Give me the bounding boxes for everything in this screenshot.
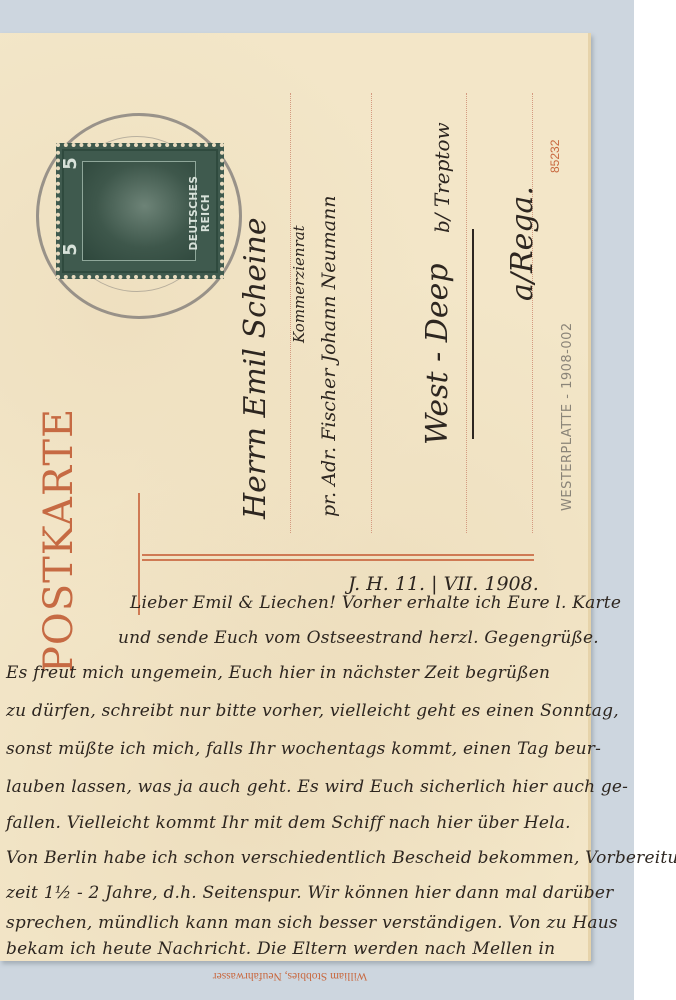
message-line: fallen. Vielleicht kommt Ihr mit dem Sch…	[6, 813, 571, 833]
message-line: Von Berlin habe ich schon verschiedentli…	[6, 848, 676, 868]
message-line: lauben lassen, was ja auch geht. Es wird…	[6, 777, 628, 797]
divider-horizontal-top	[142, 554, 534, 556]
message-line: Es freut mich ungemein, Euch hier in näc…	[6, 663, 550, 683]
address-town-underline	[472, 229, 474, 439]
address-line-2	[371, 93, 372, 533]
stamp-country: DEUTSCHES REICH	[188, 157, 212, 269]
publisher-imprint: William Stobbies, Neufahrwasser	[170, 970, 410, 982]
address-recipient: Herrn Emil Scheine	[238, 217, 273, 519]
postcard: 5 5 DEUTSCHES REICH 85232 POSTKARTE Will…	[0, 33, 591, 961]
address-line-3	[466, 93, 467, 533]
divider-horizontal-bottom	[142, 559, 534, 561]
germania-portrait-icon	[82, 161, 196, 261]
address-town-suffix: b/ Treptow	[430, 122, 454, 233]
address-line-4	[532, 93, 533, 533]
message-line: sprechen, mündlich kann man sich besser …	[6, 913, 618, 933]
address-recipient-title: Kommerzienrat	[290, 225, 308, 343]
stamp-value-top: 5	[60, 157, 81, 170]
card-edge	[588, 33, 591, 961]
stamp-country-area: DEUTSCHES REICH	[198, 147, 220, 275]
address-region: a/Rega.	[505, 186, 540, 301]
message-line: sonst müßte ich mich, falls Ihr wochenta…	[6, 739, 601, 759]
message-line: und sende Euch vom Ostseestrand herzl. G…	[118, 628, 599, 648]
message-line: bekam ich heute Nachricht. Die Eltern we…	[6, 939, 555, 959]
address-care-of: pr. Adr. Fischer Johann Neumann	[318, 195, 340, 517]
message-line: zeit 1½ - 2 Jahre, d.h. Seitenspur. Wir …	[6, 883, 613, 903]
postage-stamp: 5 5 DEUTSCHES REICH	[56, 143, 224, 279]
publisher-number: 85232	[548, 140, 562, 173]
pencil-annotation: WESTERPLATTE - 1908-002	[560, 322, 575, 511]
address-town: West - Deep	[420, 263, 455, 445]
message-line: zu dürfen, schreibt nur bitte vorher, vi…	[6, 701, 619, 721]
postkarte-title: POSTKARTE	[36, 408, 82, 673]
message-date: J. H. 11. | VII. 1908.	[348, 573, 539, 595]
stamp-value-bottom: 5	[60, 243, 81, 256]
message-line: Lieber Emil & Liechen! Vorher erhalte ic…	[130, 593, 621, 613]
